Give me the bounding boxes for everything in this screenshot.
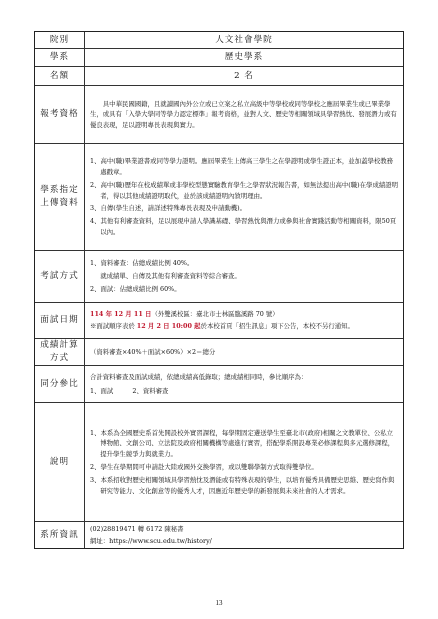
row-score-calc: 成績計算方式 （資料審查×40%＋面試×60%）×2＝總分: [35, 338, 403, 365]
interview-date-label: 面試日期: [35, 303, 85, 338]
department-value: 歷史學系: [85, 49, 403, 66]
required-doc-item: 1、高中(職)畢業證書或同等學力證明。應屆畢業生上傳高三學生之在學證明或學生證正…: [90, 156, 398, 177]
department-label: 學系: [35, 49, 85, 66]
quota-value: 2 名: [85, 67, 403, 85]
notes-label: 說明: [35, 403, 85, 521]
eligibility-value: 具中華民國國籍，且就讀國內外公立或已立案之私立高級中等學校或同等學校之應屆畢業生…: [85, 86, 403, 143]
tie-break-text: 合計資料審查及面試成績，依總成績高低錄取；總成績相同時，參比順序為：: [90, 372, 398, 383]
row-interview-date: 面試日期 114 年 12 月 11 日（外雙溪校區：臺北市士林區臨溪路 70 …: [35, 302, 403, 338]
contact-phone: (02)28819471 轉 6172 陳秘書: [90, 524, 398, 535]
eligibility-label: 報考資格: [35, 86, 85, 143]
notice-prefix: ※面試順序表於: [90, 322, 137, 330]
required-doc-item: 3、自傳(學生自述，請詳述特殊專長表現及申請動機)。: [90, 203, 398, 214]
tie-break-order: 1、面試 2、資料審查: [90, 386, 398, 397]
row-contact: 系所資訊 (02)28819471 轉 6172 陳秘書 網址：https://…: [35, 521, 403, 548]
tie-break-label: 同分參比: [35, 366, 85, 402]
contact-value: (02)28819471 轉 6172 陳秘書 網址：https://www.s…: [85, 522, 403, 548]
interview-notice: ※面試順序表於 12 月 2 日 10:00 起於本校首頁「招生訊息」項下公告，…: [90, 321, 398, 332]
interview-date-value: 114 年 12 月 11 日（外雙溪校區：臺北市士林區臨溪路 70 號） ※面…: [85, 303, 403, 338]
score-calc-value: （資料審查×40%＋面試×60%）×2＝總分: [85, 339, 403, 365]
notice-suffix: 於本校首頁「招生訊息」項下公告，本校不另行通知。: [201, 322, 354, 330]
row-department: 學系 歷史學系: [35, 48, 403, 66]
exam-item-review: 1、資料審查：佔總成績比例 40%。: [90, 258, 398, 269]
note-item: 1、本系為全國歷史系首先開設校外實習課程，每學期固定遴送學生至臺北市(政府)相關…: [90, 428, 398, 460]
interview-date: 114 年 12 月 11 日: [90, 310, 151, 318]
required-docs-label: 學系指定上傳資料: [35, 144, 85, 250]
notice-date: 12 月 2 日 10:00 起: [137, 322, 201, 330]
interview-location: （外雙溪校區：臺北市士林區臨溪路 70 號）: [151, 310, 278, 318]
exam-method-label: 考試方式: [35, 251, 85, 302]
page-number: 13: [0, 599, 438, 607]
row-college: 院別 人文社會學院: [35, 32, 403, 48]
college-value: 人文社會學院: [85, 32, 403, 48]
contact-label: 系所資訊: [35, 522, 85, 548]
score-formula: （資料審查×40%＋面試×60%）×2＝總分: [90, 347, 398, 358]
exam-method-value: 1、資料審查：佔總成績比例 40%。 就成績單、自傳及其他有利審查資料等綜合審查…: [85, 251, 403, 302]
contact-website[interactable]: 網址：https://www.scu.edu.tw/history/: [90, 536, 398, 547]
required-docs-value: 1、高中(職)畢業證書或同等學力證明。應屆畢業生上傳高三學生之在學證明或學生證正…: [85, 144, 403, 250]
note-item: 3、本系招收對歷史相關領域具學習熱忱及潛能或有特殊表現的學生，以培育優秀具備歷史…: [90, 475, 398, 496]
required-doc-item: 2、高中(職)歷年在校成績單或非學校型態實驗教育學生之學習狀況報告書，如無法提出…: [90, 180, 398, 201]
interview-date-line: 114 年 12 月 11 日（外雙溪校區：臺北市士林區臨溪路 70 號）: [90, 309, 398, 320]
eligibility-text: 具中華民國國籍，且就讀國內外公立或已立案之私立高級中等學校或同等學校之應屆畢業生…: [90, 99, 398, 131]
quota-label: 名額: [35, 67, 85, 85]
required-doc-item: 4、其他有利審查資料，足以展現申請人學識基礎、學習熱忱與潛力或參與社會實踐活動等…: [90, 216, 398, 237]
row-eligibility: 報考資格 具中華民國國籍，且就讀國內外公立或已立案之私立高級中等學校或同等學校之…: [35, 85, 403, 143]
note-item: 2、學生在學期間可申請赴大陸或國外交換學習，或以雙聯學制方式取得雙學位。: [90, 462, 398, 473]
row-notes: 說明 1、本系為全國歷史系首先開設校外實習課程，每學期固定遴送學生至臺北市(政府…: [35, 402, 403, 521]
row-exam-method: 考試方式 1、資料審查：佔總成績比例 40%。 就成績單、自傳及其他有利審查資料…: [35, 250, 403, 302]
row-tie-break: 同分參比 合計資料審查及面試成績，依總成績高低錄取；總成績相同時，參比順序為： …: [35, 365, 403, 402]
score-calc-label: 成績計算方式: [35, 339, 85, 365]
college-label: 院別: [35, 32, 85, 48]
row-quota: 名額 2 名: [35, 66, 403, 85]
tie-break-value: 合計資料審查及面試成績，依總成績高低錄取；總成績相同時，參比順序為： 1、面試 …: [85, 366, 403, 402]
exam-item-review-detail: 就成績單、自傳及其他有利審查資料等綜合審查。: [90, 271, 398, 282]
notes-value: 1、本系為全國歷史系首先開設校外實習課程，每學期固定遴送學生至臺北市(政府)相關…: [85, 403, 403, 521]
admission-table: 院別 人文社會學院 學系 歷史學系 名額 2 名 報考資格 具中華民國國籍，且就…: [34, 31, 404, 549]
exam-item-interview: 2、面試：佔總成績比例 60%。: [90, 284, 398, 295]
row-required-docs: 學系指定上傳資料 1、高中(職)畢業證書或同等學力證明。應屆畢業生上傳高三學生之…: [35, 143, 403, 250]
